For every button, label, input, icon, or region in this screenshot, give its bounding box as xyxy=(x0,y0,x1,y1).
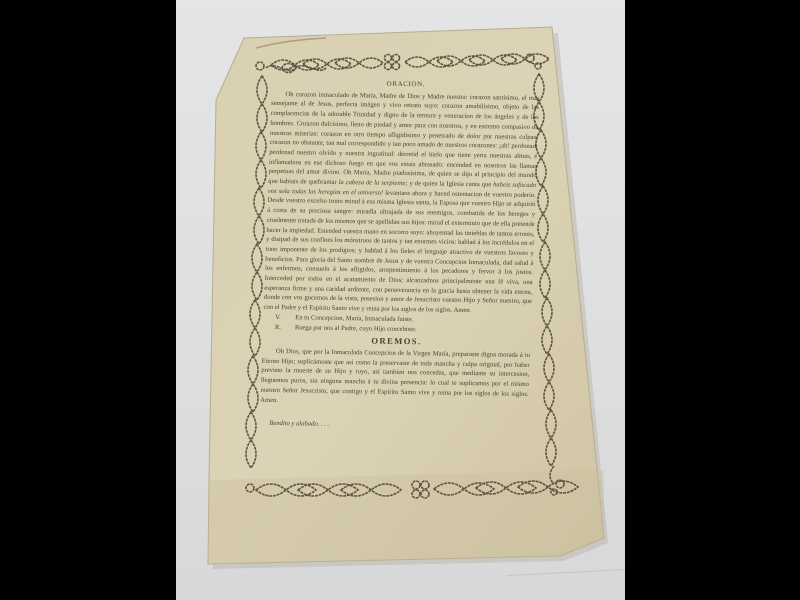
versicle-text: En tu Concepcion, María, Inmaculada fuis… xyxy=(295,314,414,323)
letterbox-right xyxy=(625,0,800,600)
prayer-italic-part: la cabeza de la serpiente; xyxy=(339,179,408,187)
top-center-motif xyxy=(385,55,400,70)
letterbox-left xyxy=(0,0,176,600)
bottom-center-motif xyxy=(412,481,429,498)
prayer-text-part: levantaos ahora y haced ostentacion de v… xyxy=(263,189,536,314)
prayer-text: ORACION. Oh corazon inmaculado de María,… xyxy=(259,78,540,433)
versicle-mark: V. xyxy=(275,313,295,323)
response-mark: R. xyxy=(275,323,295,333)
prayer-oremos: Oh Dios, que por la Inmaculada Concepcio… xyxy=(260,347,530,409)
backdrop-surface: ORACION. Oh corazon inmaculado de María,… xyxy=(176,0,625,600)
prayer-text-part: Oh corazon inmaculado de María, Madre de… xyxy=(268,91,539,186)
prayer-oracion: Oh corazon inmaculado de María, Madre de… xyxy=(263,90,539,317)
prayer-text-part: y de quien la Iglesia canta que xyxy=(407,180,493,188)
top-border-loops xyxy=(266,54,549,73)
response-text: Ruega por nos al Padre, cuyo Hijo conceb… xyxy=(295,324,417,333)
